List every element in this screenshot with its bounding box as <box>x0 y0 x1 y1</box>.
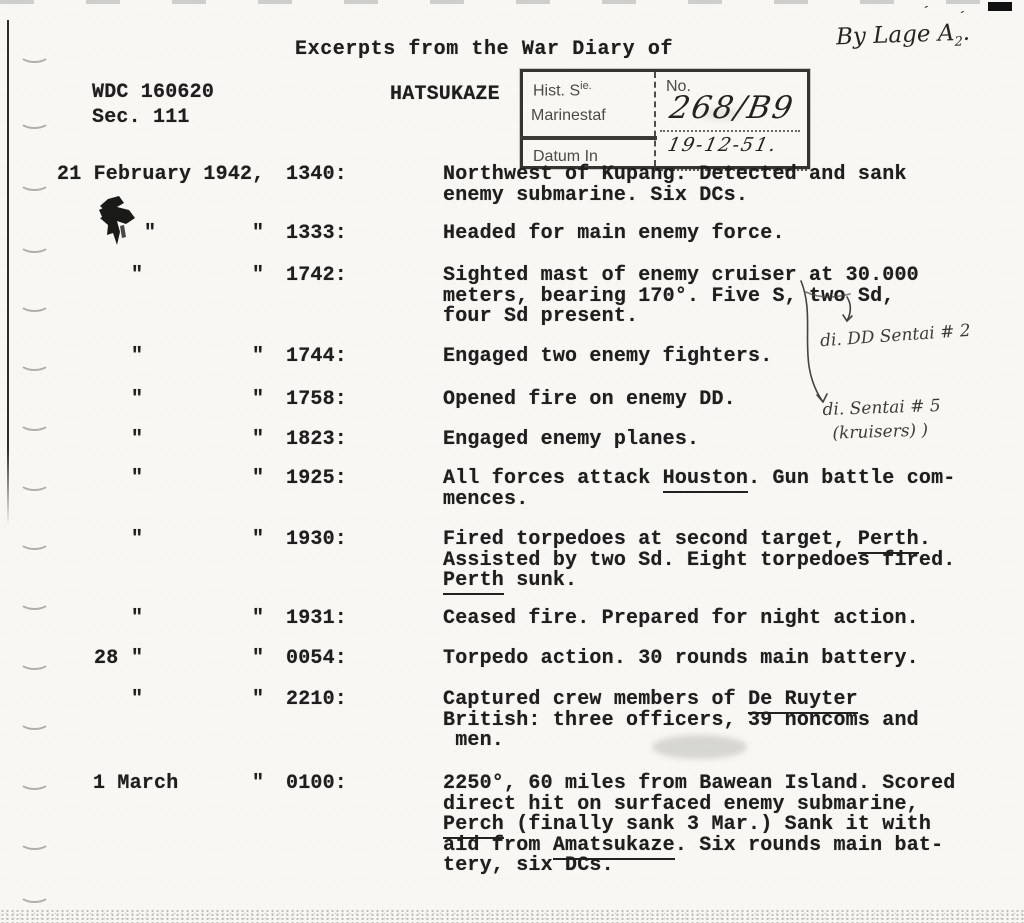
entry-text: Engaged two enemy fighters. <box>443 345 988 366</box>
entry-time: 0100: <box>286 772 347 795</box>
entry-text: All forces attack Houston. Gun battle co… <box>443 467 988 508</box>
text-run: meters, bearing 170°. Five S, two Sd, <box>443 285 894 308</box>
text-run: sunk. <box>504 569 577 592</box>
entry-text-line: 2250°, 60 miles from Bawean Island. Scor… <box>443 772 988 793</box>
entry-text: Captured crew members of De RuyterBritis… <box>443 688 988 750</box>
entry-ditto-month: " <box>131 388 143 411</box>
entry-text-line: Ceased fire. Prepared for night action. <box>443 607 988 628</box>
entry-day: 28 <box>94 647 118 670</box>
entry-ditto-year: " <box>252 607 264 630</box>
text-run: Fired torpedoes at second target, <box>443 528 858 551</box>
entry-ditto-year: " <box>252 388 264 411</box>
text-run: Assisted by two Sd. Eight torpedoes fire… <box>443 549 955 572</box>
entry-ditto-year: " <box>252 428 264 451</box>
entry-text-line: meters, bearing 170°. Five S, two Sd, <box>443 285 988 306</box>
entry-day: 1 March <box>93 772 178 795</box>
entry-text: Ceased fire. Prepared for night action. <box>443 607 988 628</box>
scanned-war-diary-page: Excerpts from the War Diary of ´ ´ By La… <box>0 0 1024 923</box>
text-run: Torpedo action. 30 rounds main battery. <box>443 647 919 670</box>
entry-text-line: Perth sunk. <box>443 569 988 590</box>
entry-time: 1758: <box>286 388 347 411</box>
text-run: Engaged two enemy fighters. <box>443 345 772 368</box>
entry-time: 0054: <box>286 647 347 670</box>
text-run: . <box>919 528 931 551</box>
entry-time: 1925: <box>286 467 347 490</box>
text-run: Engaged enemy planes. <box>443 428 699 451</box>
underlined-ship-name: Perth <box>443 569 504 595</box>
entry-ditto-year: " <box>252 772 264 795</box>
text-run: Captured crew members of <box>443 688 748 711</box>
entry-time: 1930: <box>286 528 347 551</box>
diary-entries: 21 February 1942,1340:Northwest of Kupan… <box>0 0 1024 923</box>
text-run: mences. <box>443 488 528 511</box>
text-run: men. <box>443 729 504 752</box>
text-run: aid from <box>443 834 553 857</box>
entry-ditto-year: " <box>252 345 264 368</box>
entry-text-line: Assisted by two Sd. Eight torpedoes fire… <box>443 549 988 570</box>
text-run: tery, six DCs. <box>443 854 614 877</box>
entry-ditto-month: " <box>131 688 143 711</box>
text-run: Sighted mast of enemy cruiser at 30.000 <box>443 264 919 287</box>
entry-ditto-month: " <box>131 647 143 670</box>
entry-ditto-year: " <box>252 688 264 711</box>
entry-text-line: direct hit on surfaced enemy submarine, <box>443 793 988 814</box>
entry-time: 1823: <box>286 428 347 451</box>
entry-text-line: Perch (finally sank 3 Mar.) Sank it with <box>443 813 988 834</box>
entry-text-line: Engaged two enemy fighters. <box>443 345 988 366</box>
entry-text: Torpedo action. 30 rounds main battery. <box>443 647 988 668</box>
entry-ditto-year: " <box>252 222 264 245</box>
entry-time: 1340: <box>286 163 347 186</box>
underlined-ship-name: Houston <box>663 467 748 493</box>
entry-text: 2250°, 60 miles from Bawean Island. Scor… <box>443 772 988 875</box>
text-run: Headed for main enemy force. <box>443 222 785 245</box>
text-run: Northwest of Kupang. Detected and sank <box>443 163 907 186</box>
text-run: four Sd present. <box>443 305 638 328</box>
entry-text: Headed for main enemy force. <box>443 222 988 243</box>
entry-time: 1931: <box>286 607 347 630</box>
entry-text-line: Sighted mast of enemy cruiser at 30.000 <box>443 264 988 285</box>
entry-time: 1742: <box>286 264 347 287</box>
entry-text-line: tery, six DCs. <box>443 854 988 875</box>
text-run: . Six rounds main bat- <box>675 834 943 857</box>
text-run: Ceased fire. Prepared for night action. <box>443 607 919 630</box>
entry-ditto-year: " <box>252 528 264 551</box>
entry-time: 1333: <box>286 222 347 245</box>
entry-ditto-month: " <box>131 528 143 551</box>
entry-ditto-month: " <box>131 607 143 630</box>
text-run: Opened fire on enemy DD. <box>443 388 736 411</box>
text-run: . Gun battle com- <box>748 467 955 490</box>
entry-ditto-month: " <box>144 222 156 245</box>
entry-day: 21 February 1942, <box>57 163 264 186</box>
text-run: British: three officers, 39 noncoms and <box>443 709 919 732</box>
entry-ditto-month: " <box>131 428 143 451</box>
entry-time: 1744: <box>286 345 347 368</box>
entry-text: Sighted mast of enemy cruiser at 30.000m… <box>443 264 988 326</box>
entry-time: 2210: <box>286 688 347 711</box>
entry-text-line: Torpedo action. 30 rounds main battery. <box>443 647 988 668</box>
entry-ditto-month: " <box>131 467 143 490</box>
entry-text-line: Fired torpedoes at second target, Perth. <box>443 528 988 549</box>
entry-text-line: Captured crew members of De Ruyter <box>443 688 988 709</box>
entry-ditto-year: " <box>252 264 264 287</box>
entry-text-line: enemy submarine. Six DCs. <box>443 184 988 205</box>
entry-text: Northwest of Kupang. Detected and sanken… <box>443 163 988 204</box>
entry-text-line: British: three officers, 39 noncoms and <box>443 709 988 730</box>
entry-text-line: men. <box>443 729 988 750</box>
entry-text-line: All forces attack Houston. Gun battle co… <box>443 467 988 488</box>
text-run: direct hit on surfaced enemy submarine, <box>443 793 919 816</box>
text-run: (finally sank 3 Mar.) Sank it with <box>504 813 931 836</box>
entry-text: Fired torpedoes at second target, Perth.… <box>443 528 988 590</box>
text-run: enemy submarine. Six DCs. <box>443 184 748 207</box>
margin-annotation-sentai-5: di. Sentai # 5 (kruisers) ) <box>822 394 942 446</box>
entry-text-line: aid from Amatsukaze. Six rounds main bat… <box>443 834 988 855</box>
entry-ditto-year: " <box>252 647 264 670</box>
entry-ditto-month: " <box>131 264 143 287</box>
entry-ditto-month: " <box>131 345 143 368</box>
entry-text-line: Headed for main enemy force. <box>443 222 988 243</box>
entry-ditto-year: " <box>252 467 264 490</box>
text-run: All forces attack <box>443 467 663 490</box>
entry-text-line: Northwest of Kupang. Detected and sank <box>443 163 988 184</box>
annotation-line: (kruisers) ) <box>832 418 942 446</box>
text-run: 2250°, 60 miles from Bawean Island. Scor… <box>443 772 955 795</box>
